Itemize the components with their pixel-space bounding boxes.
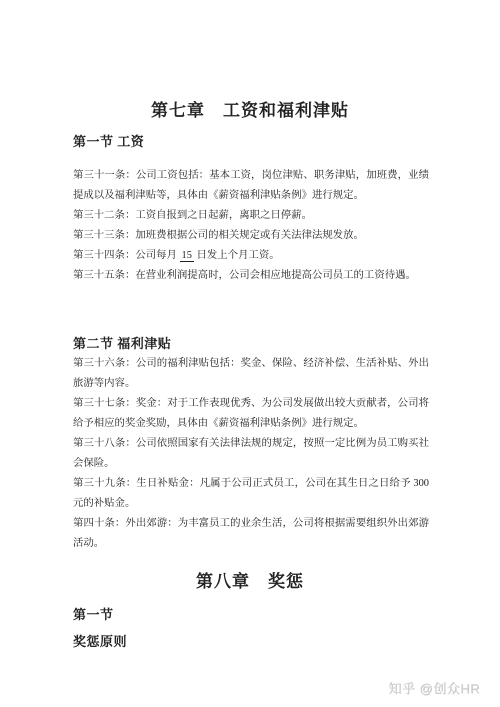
section2-heading: 第二节 福利津贴 xyxy=(73,333,171,352)
chapter7-title: 第七章 工资和福利津贴 xyxy=(0,96,500,121)
article-36: 第三十六条：公司的福利津贴包括：奖金、保险、经济补偿、生活补贴、外出旅游等内容。 xyxy=(73,354,429,394)
article-34-prefix: 第三十四条：公司每月 xyxy=(73,250,180,261)
article-34: 第三十四条：公司每月 15 日发上个月工资。 xyxy=(73,246,429,266)
article-34-suffix: 日发上个月工资。 xyxy=(194,250,280,261)
section1-heading: 第一节 工资 xyxy=(73,131,144,150)
document-page: 第七章 工资和福利津贴 第一节 工资 第三十一条：公司工资包括：基本工资，岗位津… xyxy=(0,0,500,707)
chapter8-section-heading: 奖惩原则 xyxy=(73,631,127,650)
article-31: 第三十一条：公司工资包括：基本工资，岗位津贴、职务津贴，加班费，业绩提成以及福利… xyxy=(73,166,429,206)
article-38: 第三十八条：公司依照国家有关法律法规的规定，按照一定比例为员工购买社会保险。 xyxy=(73,434,429,474)
article-37: 第三十七条：奖金：对于工作表现优秀、为公司发展做出较大贡献者，公司将给予相应的奖… xyxy=(73,394,429,434)
article-40: 第四十条：外出郊游：为丰富员工的业余生活，公司将根据需要组织外出郊游活动。 xyxy=(73,514,429,554)
pay-day-value: 15 xyxy=(180,250,194,262)
article-35: 第三十五条：在营业利润提高时，公司会相应地提高公司员工的工资待遇。 xyxy=(73,266,429,286)
chapter8-section-label: 第一节 xyxy=(73,604,114,623)
zhihu-watermark: 知乎 @创众HR xyxy=(388,678,480,697)
article-33: 第三十三条：加班费根据公司的相关规定或有关法律法规发放。 xyxy=(73,226,429,246)
chapter8-title: 第八章 奖惩 xyxy=(0,567,500,592)
article-32: 第三十二条：工资自报到之日起薪，离职之日停薪。 xyxy=(73,206,429,226)
article-39: 第三十九条：生日补贴金：凡属于公司正式员工，公司在其生日之日给予 300 元的补… xyxy=(73,474,429,514)
section1-body: 第三十一条：公司工资包括：基本工资，岗位津贴、职务津贴，加班费，业绩提成以及福利… xyxy=(73,166,429,286)
section2-body: 第三十六条：公司的福利津贴包括：奖金、保险、经济补偿、生活补贴、外出旅游等内容。… xyxy=(73,354,429,554)
